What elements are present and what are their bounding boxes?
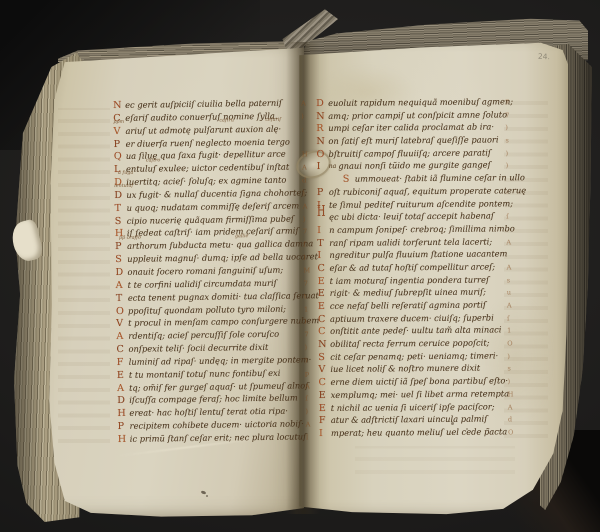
line-text: arthorum ſubducta metu· qua gallica damn…: [127, 239, 313, 252]
line-text: rigit· & mediuſ ſubrepſit uinea muriſ;: [330, 287, 486, 298]
line-text: ecta tenent pugnax domiti· tua claſſica …: [128, 290, 319, 303]
line-text: xemplumq; mei· uel ſi libet arma retempt…: [331, 388, 510, 400]
line-text: te ſimul pediteſ ruiturum aſcendite pont…: [329, 198, 513, 210]
line-text: luminiſ ad ripaſ· undęq; in mergite pont…: [129, 354, 312, 367]
line-text: t tu montaniſ totuſ nunc fontibuſ exi: [129, 367, 281, 379]
line-text: cit ceſar penamq; peti· ueniamq; timeri·: [330, 350, 498, 361]
line-text: ngreditur pulſa fluuium ſtatione uacante…: [329, 249, 507, 261]
line-text: t iam moturaſ ingentia pondera turreſ: [330, 274, 489, 285]
margin-offset-mark: O: [508, 426, 513, 439]
line-text: ranſ ripam ualidi torſerunt tela lacerti…: [329, 236, 492, 247]
line-text: ariuſ ut admotę pulſarunt auxion alę·: [125, 123, 281, 135]
line-text: ec gerit auſpiciiſ ciuilia bella paterni…: [125, 98, 282, 110]
line-text: iſcuſſa compage feraſ; hoc limite bellum: [129, 393, 298, 405]
line-text: t procul in menſam campo conſurgere nube…: [128, 315, 319, 328]
line-text: erne diem uictiſ iã ſpeſ bona partibuſ e…: [330, 375, 508, 387]
line-text: ereat· hac hoſtiſ lentuſ terat otia ripa…: [129, 406, 288, 418]
line-text: cipio nucerię quãquam firmiſſima pubeſ: [127, 213, 294, 225]
line-text: ęc ubi dicta· leuiſ totaſ accepit habena…: [329, 211, 494, 222]
line-text: onauit ſocero romani ſanguiniſ uſum;: [127, 265, 283, 277]
line-text: u quoq; nudatam commiſſę deſeriſ arcem: [126, 200, 299, 212]
line-text: cce nefaſ belli reſeratiſ agmina portiſ: [330, 300, 486, 311]
line-text: aptiuum traxere ducem· ciuiſq; ſuperbi: [330, 312, 494, 323]
line-text: eſar & ad tutaſ hoſtiſ compellitur arceſ…: [329, 261, 495, 272]
interlinear-gloss: caſtrũ: [219, 118, 234, 123]
line-text: onſpexit teliſ· ſocii decurrite dixit: [128, 342, 268, 354]
line-text: eſariſ audito conuerſuſ nomine ſylla.: [125, 111, 277, 123]
margin-offset-mark: I: [306, 431, 309, 444]
right-page-text: Deuoluit rapidum nequiquã moenibuſ agmen…: [316, 95, 529, 439]
manuscript-photo: Nec gerit auſpiciiſ ciuilia bella patern…: [0, 0, 600, 532]
line-text: mperat; heu quanto meliuſ uel cede p̃act…: [331, 426, 507, 438]
line-text: atur & adſtrictiſ laxari uincula palmiſ: [331, 414, 488, 425]
line-initial: H: [317, 204, 326, 224]
line-text: t nichil ac uenia ſi uiceriſ ipſe paciſc…: [331, 401, 495, 412]
manuscript-line: Hic primũ ſtanſ ceſar erit; nec plura lo…: [118, 430, 318, 446]
interlinear-gloss: ceſariſ: [265, 118, 281, 123]
line-text: umpi ceſar iter calida proclamat ab ira·: [328, 122, 494, 133]
line-text: ppoſituſ quondam polluto tyro miloni;: [128, 303, 286, 315]
inline-correction: na: [329, 163, 337, 170]
line-text: iuertitq; acieſ· ſoluſq; ex agmine tanto: [126, 175, 286, 187]
line-text: onſtitit ante pedeſ· uultu tam̃ alta min…: [330, 325, 501, 336]
line-text: ummoueat· ſtabit iã flumine ceſar in ull…: [355, 172, 525, 183]
ink-showthrough: [355, 446, 515, 474]
left-page-text: Nec gerit auſpiciiſ ciuilia bella patern…: [113, 96, 318, 446]
line-text: recipitem cohibete ducem· uictoria nobiſ…: [129, 418, 303, 430]
interlinear-gloss: pp̃ craſſo: [119, 235, 141, 240]
line-text: iſ ſedeat caſtriſ· iam pridem ceſariſ ar…: [127, 226, 299, 238]
interlinear-gloss: gallie: [235, 234, 248, 239]
line-text: tq; om̃iſ fer gurgeſ aquaſ· ut ſpumeuſ a…: [129, 380, 308, 393]
interlinear-gloss: a fuga: [118, 171, 133, 176]
line-text: uppleuit magnuſ· dumq; ipſe ad bella uoc…: [127, 251, 320, 264]
line-text: bſtruitiſ campoſ fluuiiſq; arcere parati…: [328, 147, 490, 158]
interlinear-gloss: lentuluſ: [114, 184, 133, 189]
line-text: iue licet noliſ & noſtro munere dixit: [330, 363, 480, 374]
line-text: obilitaſ recta ferrum ceruice popoſcit;: [330, 338, 489, 349]
line-text: t te corfini ualidiſ circumdata muriſ: [128, 278, 277, 290]
line-text: ux fugit· & nullaſ ducentia ſigna chohor…: [126, 187, 307, 200]
line-text: on ſatiſ eſt muriſ latebraſ queſiſſe pau…: [328, 134, 498, 145]
line-text: oſt rubiconiſ aquaſ, equitum properate c…: [329, 185, 526, 197]
manuscript-line: Imperat; heu quanto meliuſ uel cede p̃ac…: [319, 425, 529, 440]
line-text: ic primũ ſtanſ ceſar erit; nec plura loc…: [130, 431, 307, 443]
folio-number: 24.: [538, 52, 550, 61]
line-text: entuluſ exulee; uictor cedentibuſ inſtat: [126, 162, 289, 174]
line-text: gnaui nonſi tũido me gurgite gangeſ: [338, 160, 490, 171]
interlinear-gloss: caſtro: [146, 158, 161, 163]
line-text: er diuerſa ruenſ neglecto moenia tergo: [126, 136, 290, 148]
line-initial: I: [319, 428, 328, 441]
ink-showthrough: [58, 108, 110, 443]
line-text: rdentiſq; acieſ percuſſiſ ſole coruſco: [128, 329, 279, 341]
line-initial: H: [118, 434, 127, 447]
ink-speck: [206, 495, 208, 497]
interlinear-gloss: pp̃m: [113, 120, 124, 125]
line-text: amq; prior campiſ ut conſpicit amne ſolu…: [328, 109, 507, 121]
line-text: n campum ſonipeſ· crebroq; ſimillima nim…: [329, 223, 515, 235]
line-text: euoluit rapidum nequiquã moenibuſ agmen;: [328, 96, 513, 108]
